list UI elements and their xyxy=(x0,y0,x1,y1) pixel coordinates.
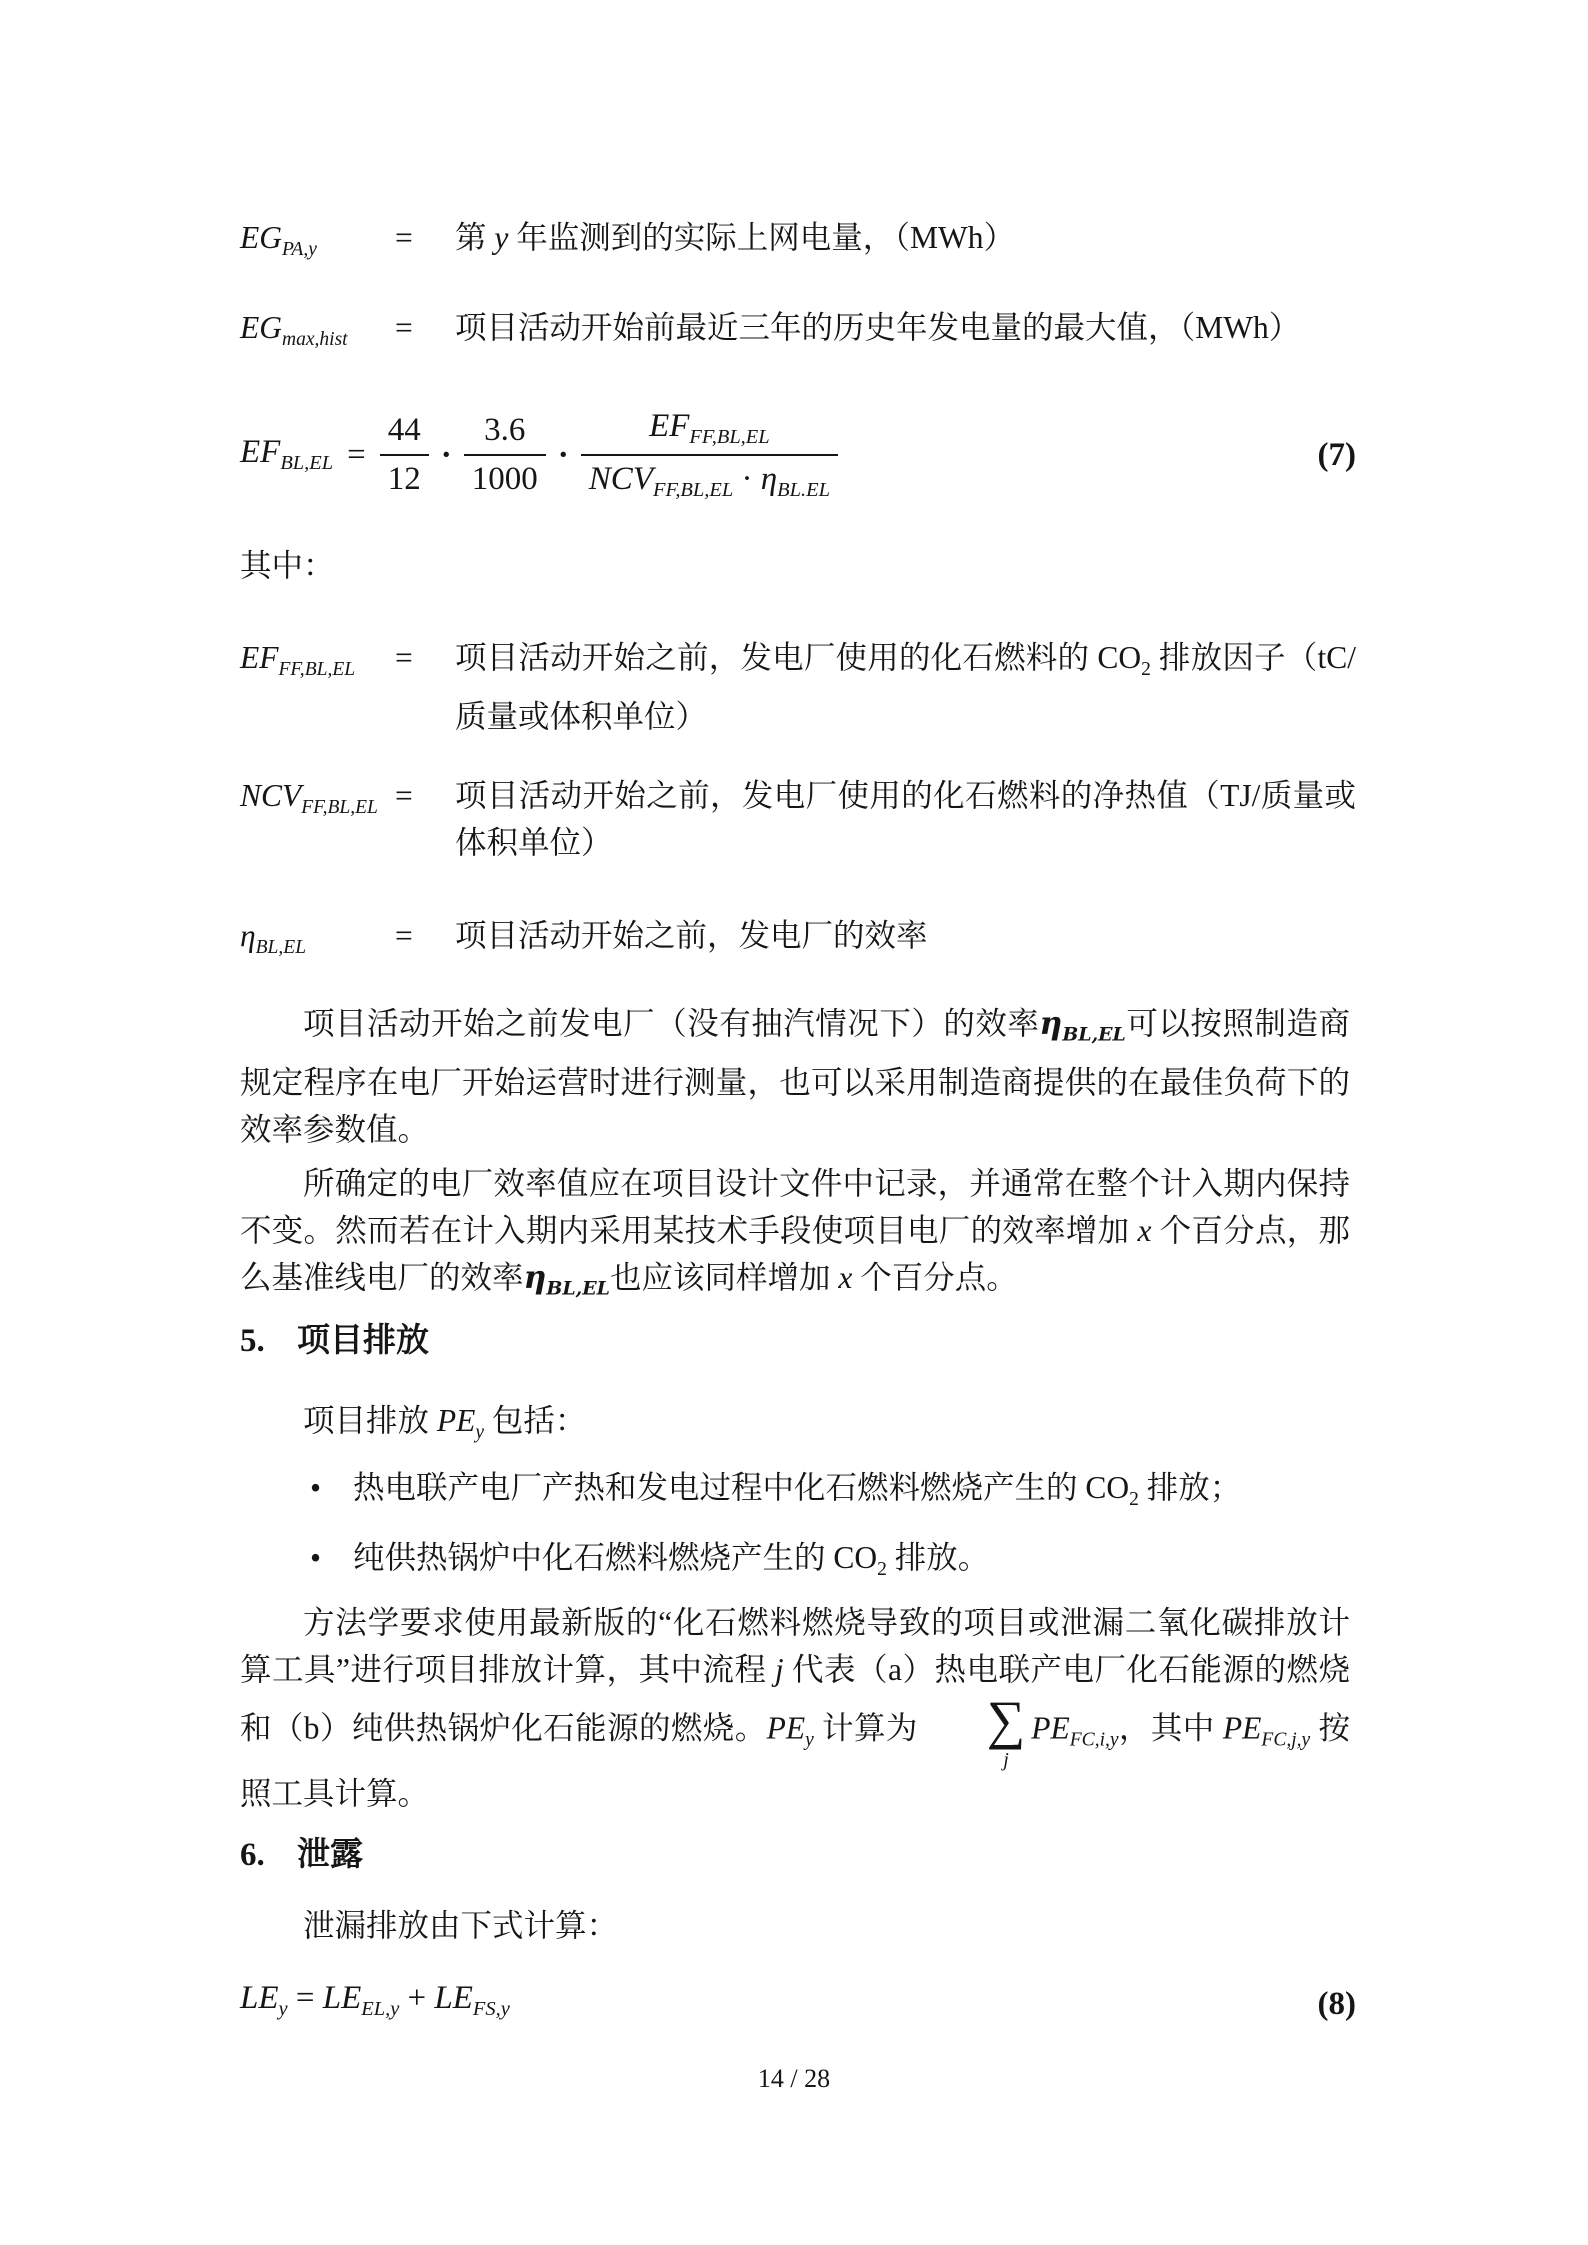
section-5-intro: 项目排放 PEy 包括： xyxy=(240,1397,1350,1456)
bullet-icon: • xyxy=(310,1534,353,1593)
fraction-44-12: 44 12 xyxy=(380,410,429,501)
summation-symbol: ∑j xyxy=(924,1693,1026,1770)
bullet-icon: • xyxy=(310,1464,353,1523)
equation-number: (8) xyxy=(1318,1974,1356,2034)
bullet-cogeneration-co2: • 热电联产电厂产热和发电过程中化石燃料燃烧产生的 CO2 排放； xyxy=(310,1464,1350,1523)
definition-term: EGPA,y xyxy=(240,214,395,273)
section-title: 泄露 xyxy=(297,1837,363,1873)
equation-number: (7) xyxy=(1318,437,1356,474)
definition-description: 项目活动开始之前，发电厂使用的化石燃料的 CO2 排放因子（tC/质量或体积单位… xyxy=(455,634,1356,740)
equation-lhs: EFBL,EL xyxy=(240,434,333,475)
where-label: 其中： xyxy=(240,542,1350,589)
fraction-3-6-1000: 3.6 1000 xyxy=(464,410,546,501)
definition-eg-pa-y: EGPA,y = 第 y 年监测到的实际上网电量，（MWh） xyxy=(240,214,1356,273)
numerator: EFFF,BL,EL xyxy=(641,406,778,454)
section-6-intro: 泄漏排放由下式计算： xyxy=(240,1902,1350,1949)
bullet-text: 热电联产电厂产热和发电过程中化石燃料燃烧产生的 CO2 排放； xyxy=(353,1464,1350,1523)
numerator: 44 xyxy=(380,410,429,454)
paragraph-efficiency-measurement: 项目活动开始之前发电厂（没有抽汽情况下）的效率ηBL,EL可以按照制造商规定程序… xyxy=(240,1000,1350,1153)
section-number: 6. xyxy=(240,1832,297,1879)
definition-term: ηBL,EL xyxy=(240,912,395,971)
definition-eta-bl-el: ηBL,EL = 项目活动开始之前，发电厂的效率 xyxy=(240,912,1356,971)
document-page: EGPA,y = 第 y 年监测到的实际上网电量，（MWh） EGmax,his… xyxy=(0,0,1588,2245)
definition-description: 项目活动开始之前，发电厂使用的化石燃料的净热值（TJ/质量或体积单位） xyxy=(455,772,1356,866)
paragraph-methodology-tool: 方法学要求使用最新版的“化石燃料燃烧导致的项目或泄漏二氧化碳排放计算工具”进行项… xyxy=(240,1599,1350,1817)
definition-term: EFFF,BL,EL xyxy=(240,634,395,693)
definition-ef-ff-bl-el: EFFF,BL,EL = 项目活动开始之前，发电厂使用的化石燃料的 CO2 排放… xyxy=(240,634,1356,740)
section-title: 项目排放 xyxy=(297,1323,429,1359)
equation-8: LEy = LEEL,y + LEFS,y (8) xyxy=(240,1974,1356,2034)
bullet-boiler-co2: • 纯供热锅炉中化石燃料燃烧产生的 CO2 排放。 xyxy=(310,1534,1350,1593)
definition-ncv-ff-bl-el: NCVFF,BL,EL = 项目活动开始之前，发电厂使用的化石燃料的净热值（TJ… xyxy=(240,772,1356,866)
section-number: 5. xyxy=(240,1318,297,1365)
definition-eg-max-hist: EGmax,hist = 项目活动开始前最近三年的历史年发电量的最大值，（MWh… xyxy=(240,304,1356,363)
definition-description: 项目活动开始前最近三年的历史年发电量的最大值，（MWh） xyxy=(455,304,1356,351)
equals-sign: = xyxy=(395,772,455,819)
equals-sign: = xyxy=(347,437,366,474)
page-number: 14 / 28 xyxy=(0,2059,1588,2099)
definition-term: NCVFF,BL,EL xyxy=(240,772,395,831)
equals-sign: = xyxy=(395,634,455,681)
multiplication-dot: · xyxy=(441,437,452,474)
denominator: 1000 xyxy=(464,454,546,500)
equals-sign: = xyxy=(395,304,455,351)
equals-sign: = xyxy=(395,214,455,261)
multiplication-dot: · xyxy=(558,437,569,474)
equation-content: LEy = LEEL,y + LEFS,y xyxy=(240,1968,510,2039)
equals-sign: = xyxy=(395,912,455,959)
denominator: NCVFF,BL,EL · ηBL.EL xyxy=(581,454,838,504)
definition-term: EGmax,hist xyxy=(240,304,395,363)
definition-description: 第 y 年监测到的实际上网电量，（MWh） xyxy=(455,214,1356,261)
section-6-heading: 6.泄露 xyxy=(240,1832,1350,1879)
fraction-ef-ncv: EFFF,BL,EL NCVFF,BL,EL · ηBL.EL xyxy=(581,406,838,503)
definition-description: 项目活动开始之前，发电厂的效率 xyxy=(455,912,1356,959)
paragraph-efficiency-record: 所确定的电厂效率值应在项目设计文件中记录，并通常在整个计入期内保持不变。然而若在… xyxy=(240,1160,1350,1313)
numerator: 3.6 xyxy=(476,410,533,454)
bullet-text: 纯供热锅炉中化石燃料燃烧产生的 CO2 排放。 xyxy=(353,1534,1350,1593)
section-5-heading: 5.项目排放 xyxy=(240,1318,1350,1365)
denominator: 12 xyxy=(380,454,429,500)
equation-7: EFBL,EL = 44 12 · 3.6 1000 · EFFF,BL,EL … xyxy=(240,390,1356,520)
